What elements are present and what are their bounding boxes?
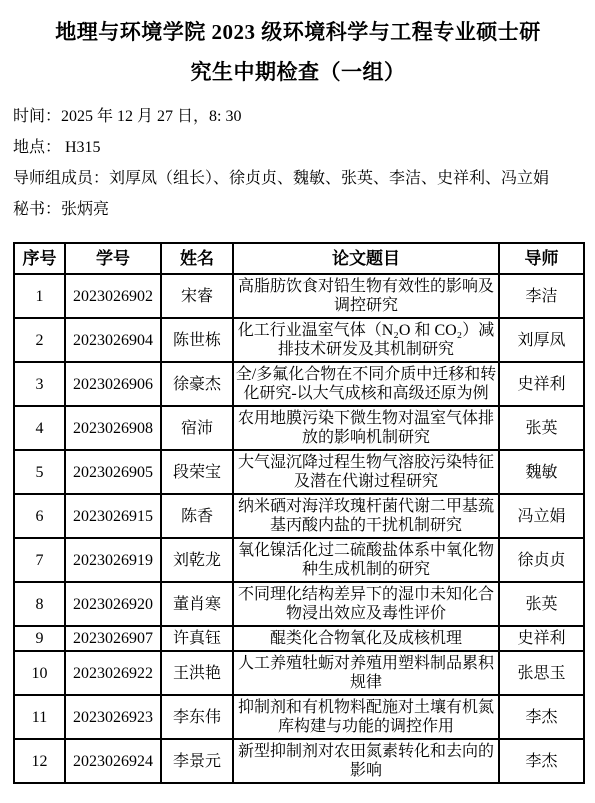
cell-name: 董肖寒 [161,582,233,626]
cell-student-id: 2023026902 [65,274,161,318]
cell-index: 9 [14,626,65,651]
table-header-row: 序号 学号 姓名 论文题目 导师 [14,243,584,274]
table-row: 12 2023026924 李景元 新型抑制剂对农田氮素转化和去向的影响 李杰 [14,739,584,783]
cell-name: 陈香 [161,494,233,538]
document-title: 地理与环境学院 2023 级环境科学与工程专业硕士研 究生中期检查（一组） [13,12,583,92]
cell-student-id: 2023026915 [65,494,161,538]
cell-supervisor: 李杰 [499,695,584,739]
table-row: 5 2023026905 段荣宝 大气湿沉降过程生物气溶胶污染特征及潜在代谢过程… [14,450,584,494]
column-header-index: 序号 [14,243,65,274]
table-row: 10 2023026922 王洪艳 人工养殖牡蛎对养殖用塑料制品累积规律 张思玉 [14,651,584,695]
table-row: 9 2023026907 许真钰 醌类化合物氧化及成核机理 史祥利 [14,626,584,651]
cell-supervisor: 徐贞贞 [499,538,584,582]
cell-index: 1 [14,274,65,318]
cell-index: 8 [14,582,65,626]
cell-student-id: 2023026906 [65,362,161,406]
cell-supervisor: 魏敏 [499,450,584,494]
table-row: 7 2023026919 刘乾龙 氧化镍活化过二硫酸盐体系中氧化物种生成机制的研… [14,538,584,582]
cell-thesis-title: 农用地膜污染下微生物对温室气体排放的影响机制研究 [233,406,499,450]
title-line-1: 地理与环境学院 2023 级环境科学与工程专业硕士研 [13,12,583,52]
cell-index: 6 [14,494,65,538]
cell-supervisor: 刘厚凤 [499,318,584,362]
cell-supervisor: 史祥利 [499,362,584,406]
cell-supervisor: 冯立娟 [499,494,584,538]
cell-thesis-title: 醌类化合物氧化及成核机理 [233,626,499,651]
info-committee: 导师组成员：刘厚凤（组长）、徐贞贞、魏敏、张英、李洁、史祥利、冯立娟 [13,163,583,194]
cell-name: 许真钰 [161,626,233,651]
cell-name: 李东伟 [161,695,233,739]
table-row: 3 2023026906 徐豪杰 全/多氟化合物在不同介质中迁移和转化研究-以大… [14,362,584,406]
cell-student-id: 2023026904 [65,318,161,362]
cell-name: 王洪艳 [161,651,233,695]
table-row: 6 2023026915 陈香 纳米硒对海洋玫瑰杆菌代谢二甲基巯基丙酸内盐的干扰… [14,494,584,538]
table-row: 4 2023026908 宿沛 农用地膜污染下微生物对温室气体排放的影响机制研究… [14,406,584,450]
cell-name: 刘乾龙 [161,538,233,582]
title-line-2: 究生中期检查（一组） [13,52,583,92]
cell-index: 11 [14,695,65,739]
cell-supervisor: 李洁 [499,274,584,318]
cell-name: 徐豪杰 [161,362,233,406]
cell-student-id: 2023026908 [65,406,161,450]
cell-thesis-title: 化工行业温室气体（N₂O 和 CO₂）减排技术研发及其机制研究 [233,318,499,362]
cell-supervisor: 张思玉 [499,651,584,695]
column-header-student-id: 学号 [65,243,161,274]
cell-supervisor: 张英 [499,406,584,450]
cell-thesis-title: 高脂肪饮食对铅生物有效性的影响及调控研究 [233,274,499,318]
cell-thesis-title: 纳米硒对海洋玫瑰杆菌代谢二甲基巯基丙酸内盐的干扰机制研究 [233,494,499,538]
cell-thesis-title: 不同理化结构差异下的湿巾未知化合物浸出效应及毒性评价 [233,582,499,626]
cell-index: 7 [14,538,65,582]
cell-index: 4 [14,406,65,450]
cell-thesis-title: 氧化镍活化过二硫酸盐体系中氧化物种生成机制的研究 [233,538,499,582]
cell-supervisor: 张英 [499,582,584,626]
column-header-advisor: 导师 [499,243,584,274]
info-block: 时间：2025 年 12 月 27 日，8: 30 地点： H315 导师组成员… [13,101,583,225]
cell-name: 段荣宝 [161,450,233,494]
cell-index: 2 [14,318,65,362]
cell-name: 李景元 [161,739,233,783]
cell-index: 5 [14,450,65,494]
cell-student-id: 2023026923 [65,695,161,739]
cell-thesis-title: 大气湿沉降过程生物气溶胶污染特征及潜在代谢过程研究 [233,450,499,494]
schedule-table: 序号 学号 姓名 论文题目 导师 1 2023026902 宋睿 高脂肪饮食对铅… [13,242,585,784]
cell-student-id: 2023026905 [65,450,161,494]
cell-student-id: 2023026924 [65,739,161,783]
cell-thesis-title: 全/多氟化合物在不同介质中迁移和转化研究-以大气成核和高级还原为例 [233,362,499,406]
cell-index: 3 [14,362,65,406]
cell-student-id: 2023026922 [65,651,161,695]
table-row: 8 2023026920 董肖寒 不同理化结构差异下的湿巾未知化合物浸出效应及毒… [14,582,584,626]
info-secretary: 秘书：张炳亮 [13,194,583,225]
cell-name: 宋睿 [161,274,233,318]
cell-supervisor: 李杰 [499,739,584,783]
cell-thesis-title: 抑制剂和有机物料配施对土壤有机氮库构建与功能的调控作用 [233,695,499,739]
cell-index: 12 [14,739,65,783]
document-page: 地理与环境学院 2023 级环境科学与工程专业硕士研 究生中期检查（一组） 时间… [0,0,595,803]
cell-thesis-title: 人工养殖牡蛎对养殖用塑料制品累积规律 [233,651,499,695]
cell-student-id: 2023026919 [65,538,161,582]
info-location: 地点： H315 [13,132,583,163]
cell-student-id: 2023026920 [65,582,161,626]
column-header-thesis: 论文题目 [233,243,499,274]
table-row: 2 2023026904 陈世栋 化工行业温室气体（N₂O 和 CO₂）减排技术… [14,318,584,362]
cell-name: 宿沛 [161,406,233,450]
cell-thesis-title: 新型抑制剂对农田氮素转化和去向的影响 [233,739,499,783]
column-header-name: 姓名 [161,243,233,274]
info-time: 时间：2025 年 12 月 27 日，8: 30 [13,101,583,132]
cell-supervisor: 史祥利 [499,626,584,651]
table-row: 1 2023026902 宋睿 高脂肪饮食对铅生物有效性的影响及调控研究 李洁 [14,274,584,318]
cell-index: 10 [14,651,65,695]
table-row: 11 2023026923 李东伟 抑制剂和有机物料配施对土壤有机氮库构建与功能… [14,695,584,739]
cell-name: 陈世栋 [161,318,233,362]
cell-student-id: 2023026907 [65,626,161,651]
